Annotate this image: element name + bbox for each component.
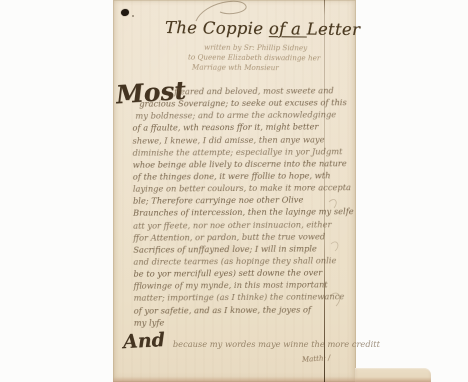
manuscript-photo: The Coppie of a Letter written by Sr: Ph… [0, 0, 468, 382]
title-subscript: written by Sr: Phillip Sidney to Queene … [188, 43, 320, 74]
body-line: my lyfe [134, 315, 334, 329]
title-part-underlined: of a [269, 19, 307, 38]
body-line: ffor Attention, or pardon, butt the true… [133, 230, 333, 244]
ink-speck-icon [132, 15, 134, 17]
body-paragraph: ffeared and beloved, most sweete and gra… [132, 84, 334, 328]
page-title: The Coppie of a Letter [165, 18, 345, 39]
subtitle-line: to Queene Elizabeth diswadinge her [188, 52, 320, 63]
title-part: Letter [307, 20, 361, 40]
body-line: diminishe the attempte; especiallye in y… [133, 145, 333, 159]
closing-line: because my wordes maye winne the more cr… [173, 339, 380, 349]
margin-marks-icon [326, 188, 358, 323]
subtitle-line: Marriage wth Monsieur [188, 62, 320, 73]
body-line: ffeared and beloved, most sweete and [132, 84, 332, 98]
body-line: and directe tearmes (as hopinge they sha… [133, 254, 333, 268]
body-line: my boldnesse; and to arme the acknowledg… [132, 109, 332, 123]
body-line: of yor safetie, and as I knowe, the joye… [134, 303, 334, 317]
body-line: matter; importinge (as I thinke) the con… [134, 291, 334, 305]
closing-phrase: And because my wordes maye winne the mor… [123, 330, 380, 352]
title-part: The Coppie [165, 18, 269, 38]
paper-bottom-edge [113, 377, 431, 382]
closing-initial: And [122, 329, 165, 353]
body-line: layinge on better coulours, to make it m… [133, 181, 333, 195]
